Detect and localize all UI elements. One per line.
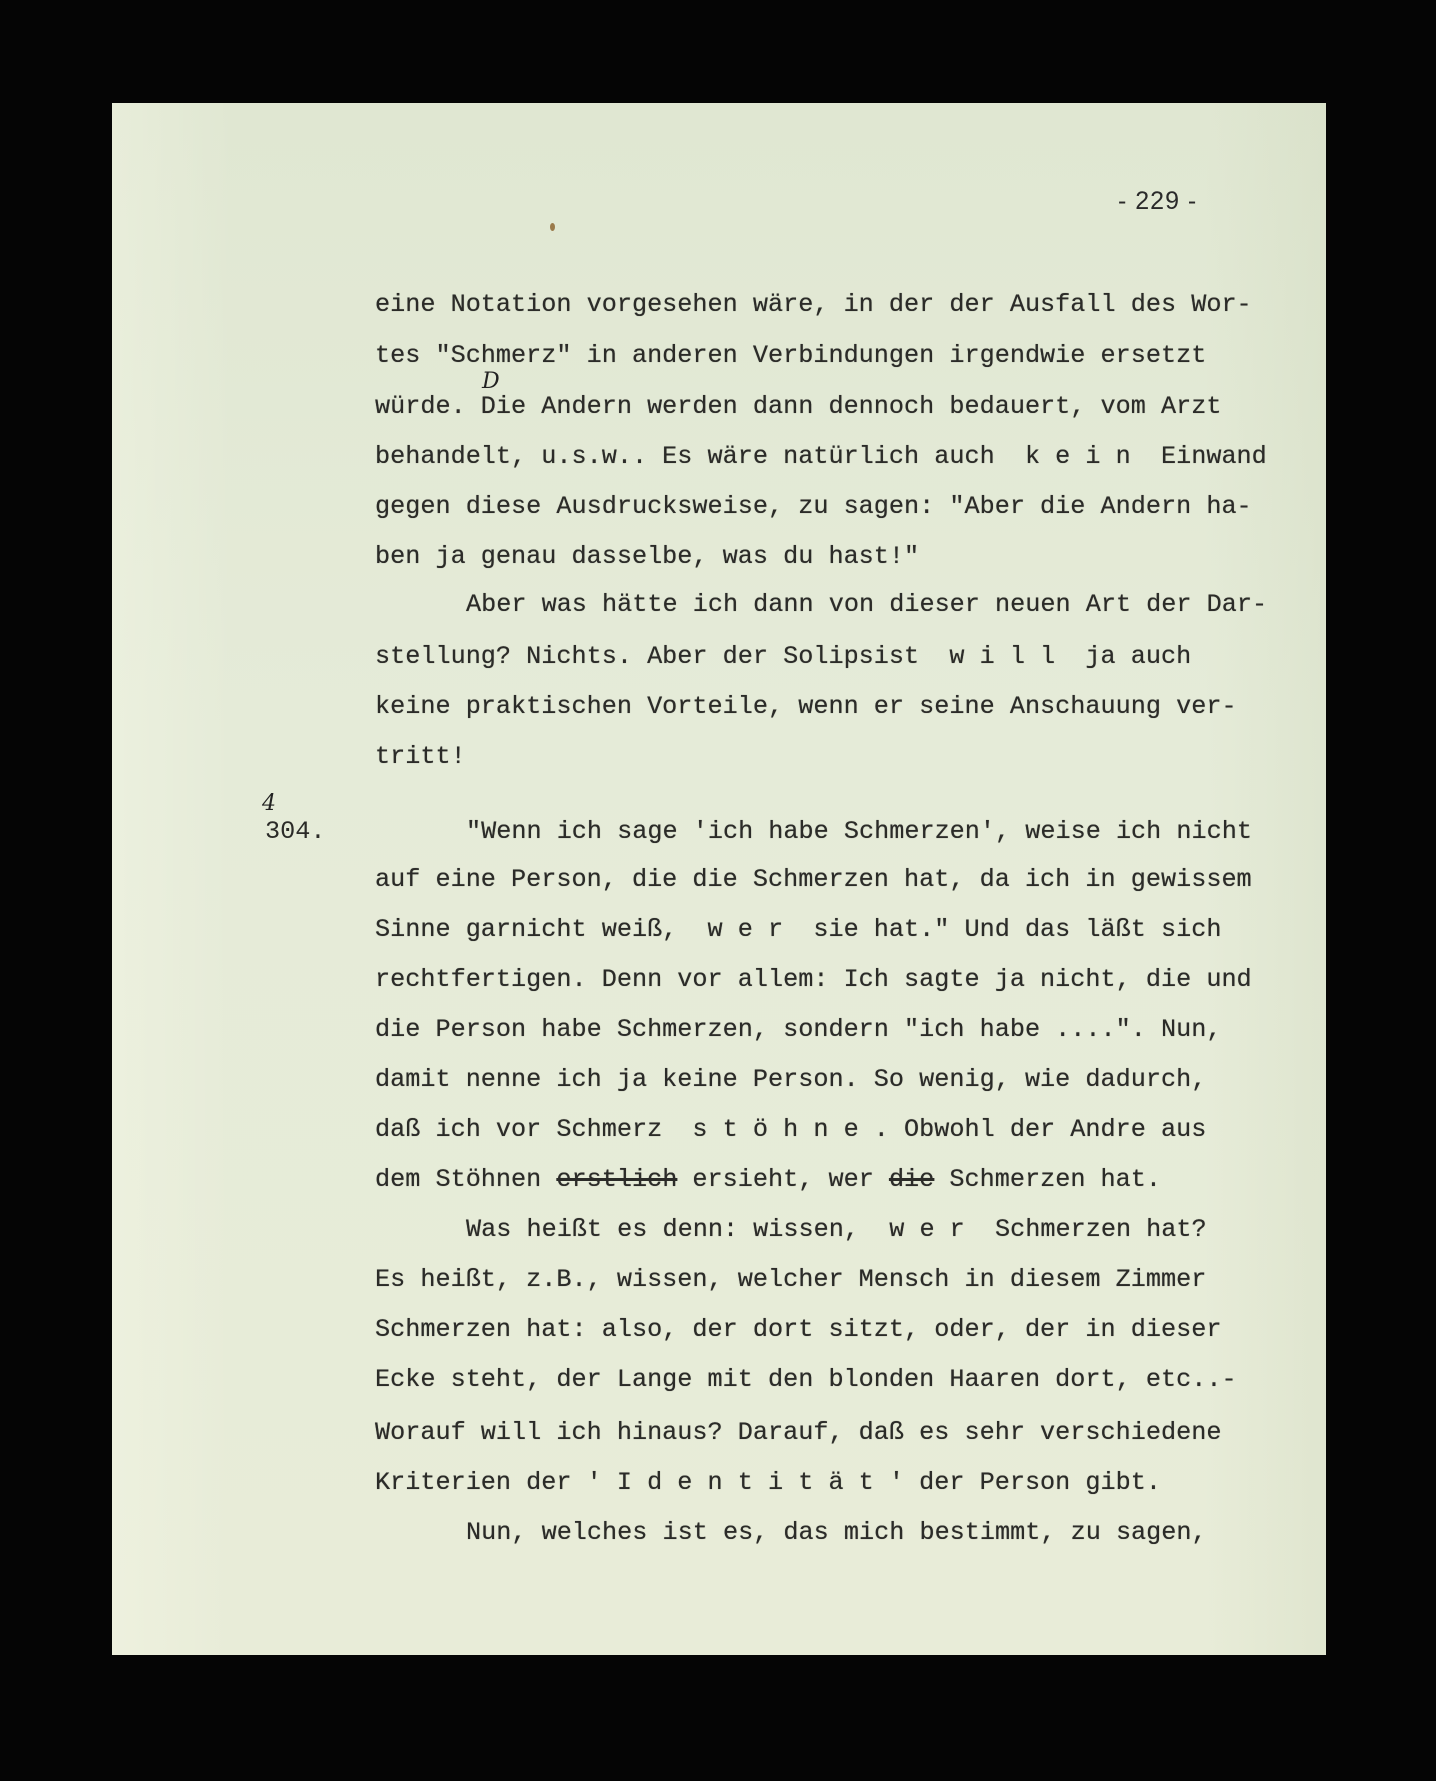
text-line: Sinne garnicht weiß, w e r sie hat." Und… <box>375 915 1221 945</box>
text-line: würde. Die Andern werden dann dennoch be… <box>375 392 1221 422</box>
handwritten-number-correction: 4 <box>262 791 276 816</box>
text-line: die Person habe Schmerzen, sondern "ich … <box>375 1015 1221 1045</box>
text-segment: dem Stöhnen <box>375 1165 556 1194</box>
typescript-page: - 229 - eine Notation vorgesehen wäre, i… <box>112 103 1326 1655</box>
text-line: damit nenne ich ja keine Person. So weni… <box>375 1065 1206 1095</box>
text-line: auf eine Person, die die Schmerzen hat, … <box>375 865 1252 895</box>
text-segment: Schmerzen hat. <box>934 1165 1161 1194</box>
text-line: Es heißt, z.B., wissen, welcher Mensch i… <box>375 1265 1206 1295</box>
handwritten-d-correction: D <box>482 369 500 394</box>
text-line: Ecke steht, der Lange mit den blonden Ha… <box>375 1365 1237 1395</box>
text-line: Kriterien der ' I d e n t i t ä t ' der … <box>375 1468 1161 1498</box>
page-number: - 229 - <box>1118 187 1197 216</box>
struck-word: erstlich <box>556 1165 677 1194</box>
text-line: rechtfertigen. Denn vor allem: Ich sagte… <box>375 965 1252 995</box>
text-line: Nun, welches ist es, das mich bestimmt, … <box>466 1518 1207 1548</box>
text-segment: ersieht, wer <box>677 1165 889 1194</box>
text-line: Worauf will ich hinaus? Darauf, daß es s… <box>375 1418 1221 1448</box>
text-line: stellung? Nichts. Aber der Solipsist w i… <box>375 642 1191 672</box>
text-line: tritt! <box>375 742 466 772</box>
text-line: daß ich vor Schmerz s t ö h n e . Obwohl… <box>375 1115 1206 1145</box>
text-line-with-strikeouts: dem Stöhnen erstlich ersieht, wer die Sc… <box>375 1165 1161 1195</box>
text-line: ben ja genau dasselbe, was du hast!" <box>375 542 919 572</box>
text-line: eine Notation vorgesehen wäre, in der de… <box>375 290 1252 320</box>
text-line: keine praktischen Vorteile, wenn er sein… <box>375 692 1237 722</box>
text-line: Schmerzen hat: also, der dort sitzt, ode… <box>375 1315 1221 1345</box>
paper-stain <box>550 223 555 231</box>
text-line: Aber was hätte ich dann von dieser neuen… <box>466 590 1267 620</box>
text-line: behandelt, u.s.w.. Es wäre natürlich auc… <box>375 442 1267 472</box>
remark-number: 304. <box>265 817 325 847</box>
text-line: tes "Schmerz" in anderen Verbindungen ir… <box>375 341 1206 371</box>
text-line: gegen diese Ausdrucksweise, zu sagen: "A… <box>375 492 1252 522</box>
struck-word: die <box>889 1165 934 1194</box>
text-line: Was heißt es denn: wissen, w e r Schmerz… <box>466 1215 1207 1245</box>
text-line: "Wenn ich sage 'ich habe Schmerzen', wei… <box>466 817 1252 847</box>
